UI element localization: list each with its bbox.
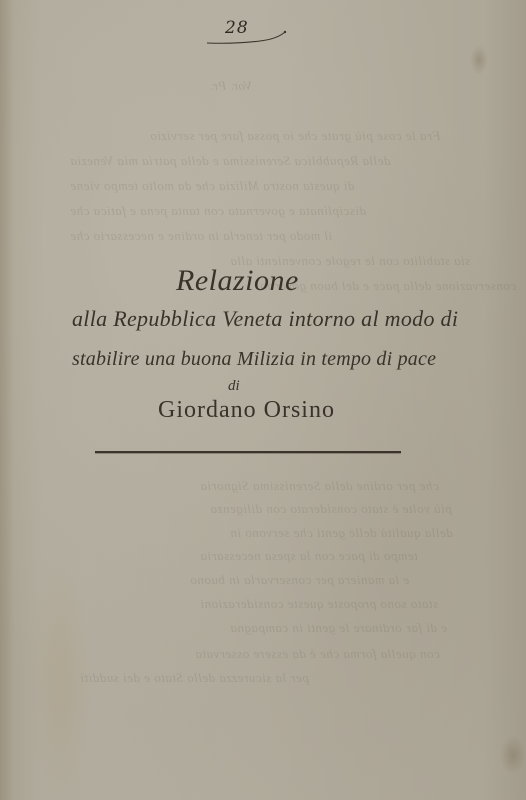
subtitle-line-2: stabilire una buona Milizia in tempo di … [72, 348, 436, 371]
folio-number: 28 [205, 18, 295, 48]
bleed-through-line: con quella forma che è da essere osserva… [195, 646, 440, 662]
bleed-through-line: disciplinata e governata con tanta pena … [70, 203, 366, 219]
bleed-through-line: per la sicurezza dello Stato e dei suddi… [80, 670, 309, 686]
manuscript-page: Vor. Pr. Fra le cose più grate che io po… [0, 0, 526, 800]
bleed-through-line: che per ordine della Serenissima Signori… [200, 478, 439, 494]
horizontal-rule [95, 451, 401, 453]
author-name: Giordano Orsino [158, 397, 335, 424]
bleed-through-line: e la maniera per conservarla in buono [190, 572, 409, 588]
bleed-through-line: della Repubblica Serenissima e della pat… [70, 153, 391, 169]
bleed-through-line: stato sono proposte queste considerazion… [200, 596, 438, 612]
bleed-through-line: e di far ordinare le genti in campagna [230, 620, 447, 636]
bleed-through-line: il modo per tenerla in ordine e necessar… [70, 228, 332, 244]
bleed-through-line: della qualità delle genti che servono in [230, 525, 453, 541]
document-title: Relazione [176, 264, 299, 298]
bleed-through-line: tempo di pace con la spesa necessaria [200, 548, 418, 564]
bleed-through-line: Vor. Pr. [210, 78, 252, 94]
bleed-through-line: di questa nostra Milizia che da molto te… [70, 178, 354, 194]
paper-stain [470, 45, 488, 75]
flourish-underline-icon [205, 28, 295, 50]
subtitle-line-1: alla Repubblica Veneta intorno al modo d… [72, 306, 458, 332]
bleed-through-line: Fra le cose più grate che io possa fare … [150, 128, 441, 144]
paper-stain [500, 735, 526, 775]
bleed-through-line: più volte è stato considerato con dilige… [210, 501, 452, 517]
by-word: di [228, 378, 240, 395]
